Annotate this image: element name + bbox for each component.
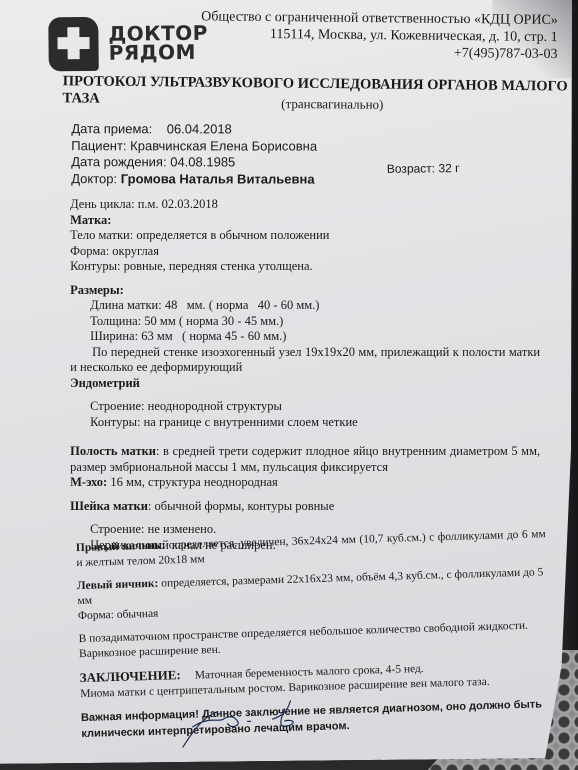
company-phone: +7(495)787-03-03	[201, 42, 558, 63]
endometrium-structure: Строение: неоднородной структуры	[70, 399, 540, 415]
logo-line-2: РЯДОМ	[109, 43, 209, 63]
report-body: День цикла: п.м. 02.03.2018 Матка: Тело …	[70, 197, 540, 553]
logo-wordmark: ДОКТОР РЯДОМ	[108, 24, 208, 63]
patient-name: Кравчинская Елена Борисовна	[130, 138, 317, 153]
uterus-length: Длина матки: 48 мм. ( норма 40 - 60 мм.)	[70, 298, 540, 314]
endometrium-heading: Эндометрий	[70, 376, 540, 392]
medical-cross-icon	[48, 17, 99, 72]
birth-date-row: Дата рождения: 04.08.1985	[71, 154, 317, 171]
patient-info: Дата приема: 06.04.2018 Пациент: Кравчин…	[71, 121, 317, 187]
company-info: Общество с ограниченной ответственностью…	[201, 8, 558, 63]
sizes-heading: Размеры:	[70, 283, 540, 299]
endometrium-contours: Контуры: на границе с внутренними слоем …	[70, 415, 540, 431]
cycle-day: День цикла: п.м. 02.03.2018	[70, 197, 540, 213]
patient-age: Возраст: 32 г	[387, 161, 460, 176]
cervix: Шейка матки: обычной формы, контуры ровн…	[70, 499, 540, 515]
visit-date-row: Дата приема: 06.04.2018	[71, 121, 317, 138]
uterus-thickness: Толщина: 50 мм ( норма 30 - 45 мм.)	[70, 314, 540, 330]
document-page: ДОКТОР РЯДОМ Общество с ограниченной отв…	[0, 0, 578, 764]
m-echo: М-эхо: 16 мм, структура неоднородная	[70, 475, 540, 491]
uterine-node: По передней стенке изоэхогенный узел 19x…	[70, 345, 540, 376]
uterus-shape: Форма: округлая	[70, 244, 540, 260]
uterus-width: Ширина: 63 мм ( норма 45 - 60 мм.)	[70, 329, 540, 345]
conclusion-label: ЗАКЛЮЧЕНИЕ:	[80, 667, 181, 685]
patient-row: Пациент: Кравчинская Елена Борисовна	[71, 138, 317, 155]
birth-date: 04.08.1985	[170, 154, 235, 169]
clinic-logo: ДОКТОР РЯДОМ	[48, 16, 208, 72]
visit-date: 06.04.2018	[167, 121, 232, 136]
uterus-body: Тело матки: определяется в обычном полож…	[70, 228, 540, 243]
doctor-row: Доктор: Громова Наталья Витальевна	[71, 171, 317, 188]
doctor-signature	[172, 690, 353, 752]
uterine-cavity: Полость матки: в средней трети содержит …	[70, 444, 540, 475]
uterus-contours: Контуры: ровные, передняя стенка утолщен…	[70, 259, 540, 275]
uterus-heading: Матка:	[70, 213, 540, 229]
document-subtitle: (трансвагинально)	[281, 96, 383, 113]
doctor-name: Громова Наталья Витальевна	[121, 171, 315, 186]
